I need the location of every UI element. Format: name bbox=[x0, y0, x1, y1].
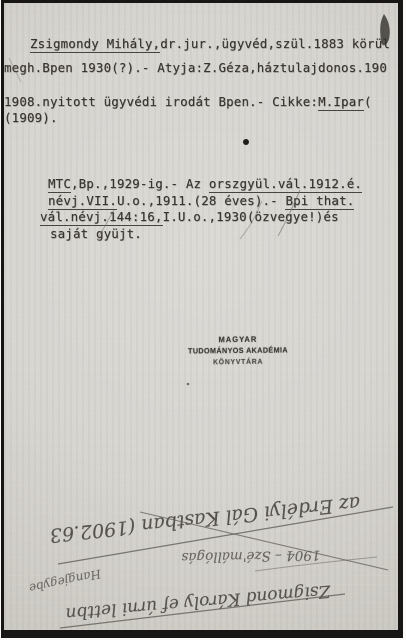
typed-line-year: (1909). bbox=[4, 110, 58, 125]
typed-segment: 1908.nyitott ügyvédi irodát Bpen.- Cikke… bbox=[4, 94, 318, 109]
stamp-line-3: KÖNYVTÁRA bbox=[183, 355, 293, 367]
typed-segment: U.o.,1911.(28 éves).- bbox=[117, 193, 286, 208]
small-dot bbox=[187, 383, 190, 386]
typed-segment: vál.névj.144:16, bbox=[40, 209, 163, 226]
typed-segment: orszgyül.vál.1912.é. bbox=[209, 176, 362, 193]
typed-segment: névj.VII. bbox=[48, 193, 117, 210]
library-stamp: MAGYAR TUDOMÁNYOS AKADÉMIA KÖNYVTÁRA bbox=[183, 333, 294, 367]
typed-line-sources-2: névj.VII.U.o.,1911.(28 éves).- Bpi that. bbox=[48, 193, 354, 208]
typed-segment: M.Ipar bbox=[318, 94, 364, 111]
typed-line-sources-1: MTC,Bp.,1929-ig.- Az orszgyül.vál.1912.é… bbox=[48, 176, 362, 191]
handwritten-note-4: Zsigmond Károly ef úrni lettbn bbox=[52, 579, 345, 624]
typed-segment: (1909). bbox=[4, 110, 58, 125]
card-content: Zsigmondy Mihály,dr.jur.,ügyvéd,szül.188… bbox=[0, 0, 406, 640]
typed-segment: saját gyüjt. bbox=[50, 226, 142, 241]
handwritten-note-3: Hangjegybe bbox=[20, 565, 111, 597]
handwritten-note-2: 1904 – Szé'mállógás bbox=[112, 546, 390, 567]
typed-line-office: 1908.nyitott ügyvédi irodát Bpen.- Cikke… bbox=[4, 94, 372, 109]
typed-segment: megh.Bpen 1930(?).- Atyja:Z.Géza,háztula… bbox=[4, 60, 387, 75]
typed-segment: MTC bbox=[48, 176, 71, 193]
typed-segment: I.U.o.,1930(özvegye!)és bbox=[163, 209, 339, 224]
typed-line-sources-4: saját gyüjt. bbox=[50, 226, 142, 241]
typed-segment: Zsigmondy Mihály, bbox=[30, 36, 160, 53]
typed-segment: Bpi that. bbox=[285, 193, 354, 210]
typed-line-sources-3: vál.névj.144:16,I.U.o.,1930(özvegye!)és bbox=[40, 209, 339, 224]
typed-line-name: Zsigmondy Mihály,dr.jur.,ügyvéd,szül.188… bbox=[30, 36, 390, 51]
handwritten-note-1: az Erdélyi Gál Kastban (1902.63 bbox=[16, 488, 394, 549]
ink-dot bbox=[243, 139, 249, 145]
typed-segment: ( bbox=[364, 94, 372, 109]
typed-segment: dr.jur.,ügyvéd,szül.1883 körül bbox=[160, 36, 390, 51]
typed-line-death: megh.Bpen 1930(?).- Atyja:Z.Géza,háztula… bbox=[4, 60, 387, 75]
typed-segment: ,Bp.,1929-ig.- Az bbox=[71, 176, 209, 191]
scanned-card: Zsigmondy Mihály,dr.jur.,ügyvéd,szül.188… bbox=[0, 0, 406, 640]
